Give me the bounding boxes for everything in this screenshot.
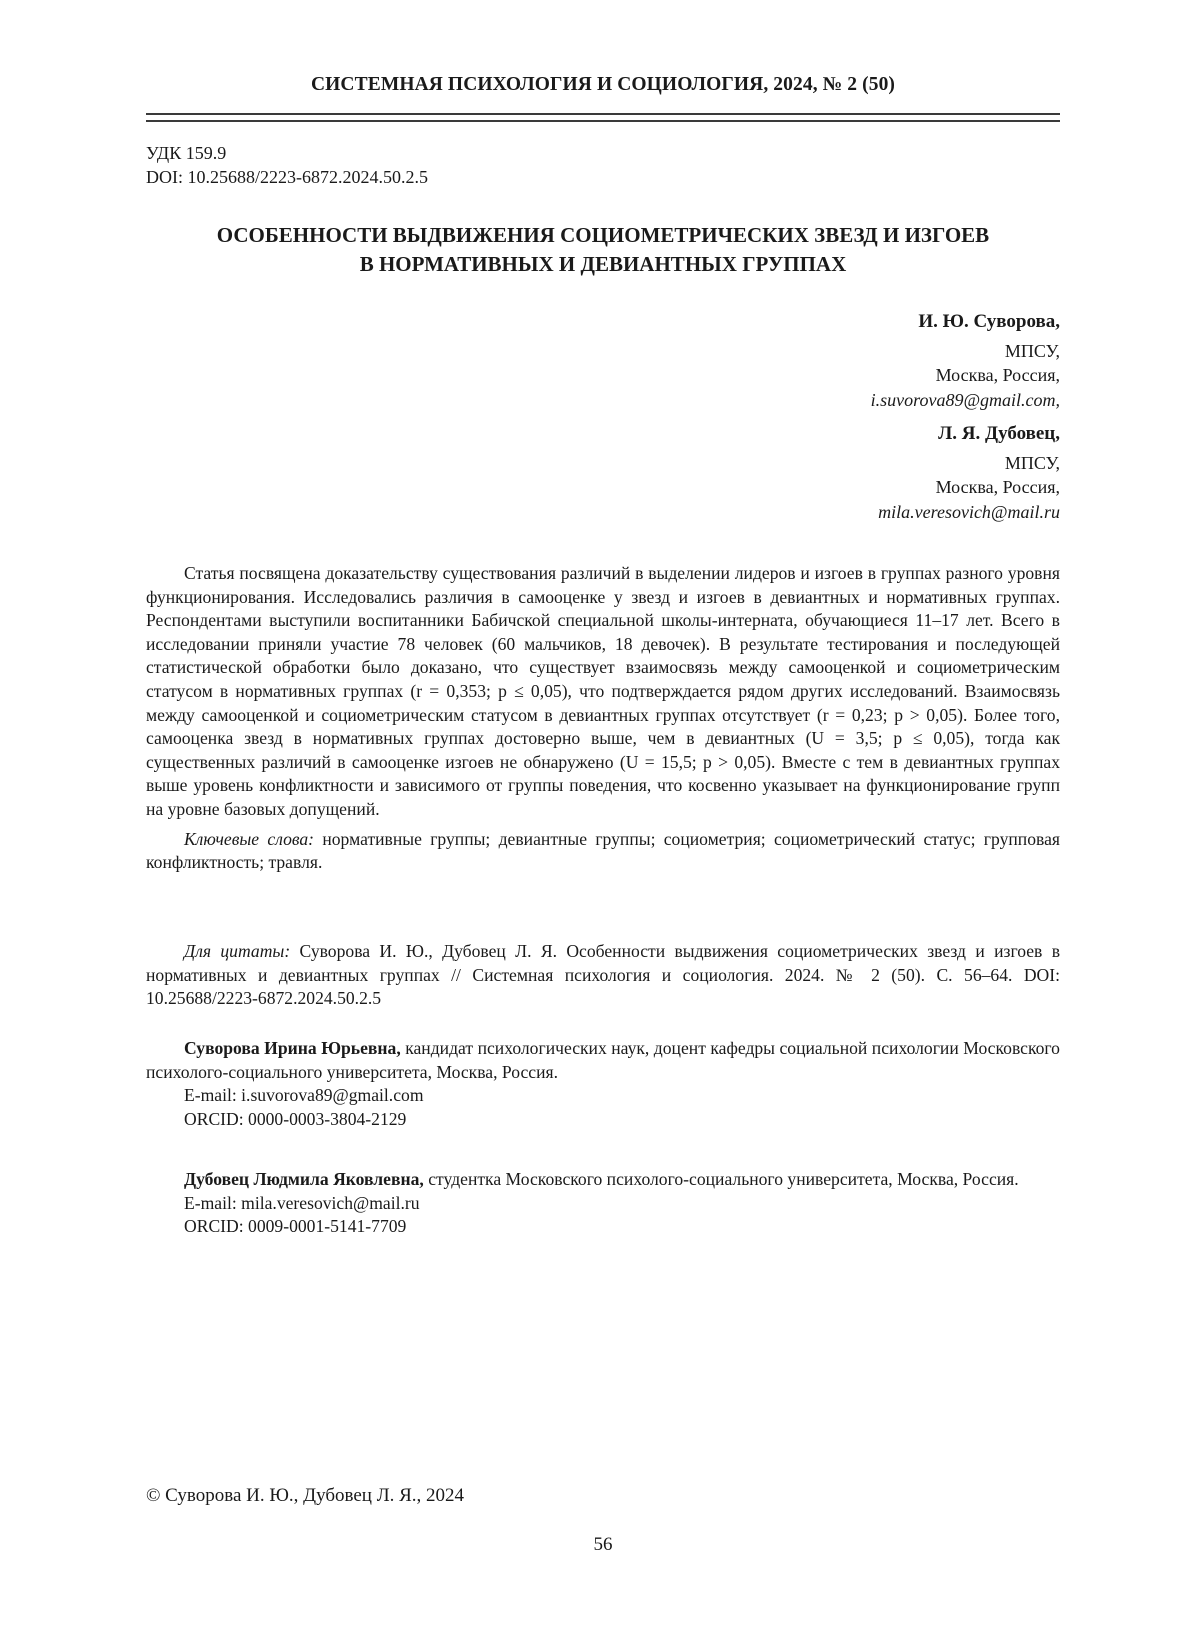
- author-affiliation: МПСУ,: [871, 451, 1060, 476]
- author-location: Москва, Россия,: [871, 363, 1060, 388]
- bio-description: студентка Московского психолого-социальн…: [428, 1169, 1018, 1189]
- bio-name: Дубовец Людмила Яковлевна,: [184, 1169, 424, 1189]
- article-meta: УДК 159.9 DOI: 10.25688/2223-6872.2024.5…: [146, 141, 428, 189]
- article-title: ОСОБЕННОСТИ ВЫДВИЖЕНИЯ СОЦИОМЕТРИЧЕСКИХ …: [146, 221, 1060, 279]
- author-1: И. Ю. Суворова, МПСУ, Москва, Россия, i.…: [871, 310, 1060, 412]
- keywords: Ключевые слова: нормативные группы; деви…: [146, 828, 1060, 875]
- title-line-1: ОСОБЕННОСТИ ВЫДВИЖЕНИЯ СОЦИОМЕТРИЧЕСКИХ …: [146, 221, 1060, 250]
- author-email[interactable]: i.suvorova89@gmail.com,: [871, 388, 1060, 413]
- title-line-2: В НОРМАТИВНЫХ И ДЕВИАНТНЫХ ГРУППАХ: [146, 250, 1060, 279]
- doi: DOI: 10.25688/2223-6872.2024.50.2.5: [146, 165, 428, 189]
- author-affiliation: МПСУ,: [871, 339, 1060, 364]
- bio-email[interactable]: E-mail: mila.veresovich@mail.ru: [146, 1192, 1060, 1216]
- page-number: 56: [146, 1534, 1060, 1556]
- bio-name: Суворова Ирина Юрьевна,: [184, 1038, 401, 1058]
- copyright-notice: © Суворова И. Ю., Дубовец Л. Я., 2024: [146, 1485, 464, 1507]
- abstract: Статья посвящена доказательству существо…: [146, 562, 1060, 875]
- citation: Для цитаты: Суворова И. Ю., Дубовец Л. Я…: [146, 940, 1060, 1011]
- header-rule-bottom: [146, 120, 1060, 122]
- author-email[interactable]: mila.veresovich@mail.ru: [871, 500, 1060, 525]
- udk-code: УДК 159.9: [146, 141, 428, 165]
- citation-label: Для цитаты:: [184, 941, 290, 961]
- author-location: Москва, Россия,: [871, 475, 1060, 500]
- author-bio-2: Дубовец Людмила Яковлевна, студентка Мос…: [146, 1168, 1060, 1239]
- journal-header: СИСТЕМНАЯ ПСИХОЛОГИЯ И СОЦИОЛОГИЯ, 2024,…: [146, 74, 1060, 96]
- author-bio-1: Суворова Ирина Юрьевна, кандидат психоло…: [146, 1037, 1060, 1131]
- abstract-text: Статья посвящена доказательству существо…: [146, 562, 1060, 822]
- author-2: Л. Я. Дубовец, МПСУ, Москва, Россия, mil…: [871, 422, 1060, 524]
- author-list: И. Ю. Суворова, МПСУ, Москва, Россия, i.…: [871, 310, 1060, 524]
- author-name: Л. Я. Дубовец,: [871, 422, 1060, 447]
- keywords-label: Ключевые слова:: [184, 829, 314, 849]
- bio-orcid[interactable]: ORCID: 0009-0001-5141-7709: [146, 1215, 1060, 1239]
- author-name: И. Ю. Суворова,: [871, 310, 1060, 335]
- bio-orcid[interactable]: ORCID: 0000-0003-3804-2129: [146, 1108, 1060, 1132]
- header-rule-top: [146, 113, 1060, 115]
- bio-email[interactable]: E-mail: i.suvorova89@gmail.com: [146, 1084, 1060, 1108]
